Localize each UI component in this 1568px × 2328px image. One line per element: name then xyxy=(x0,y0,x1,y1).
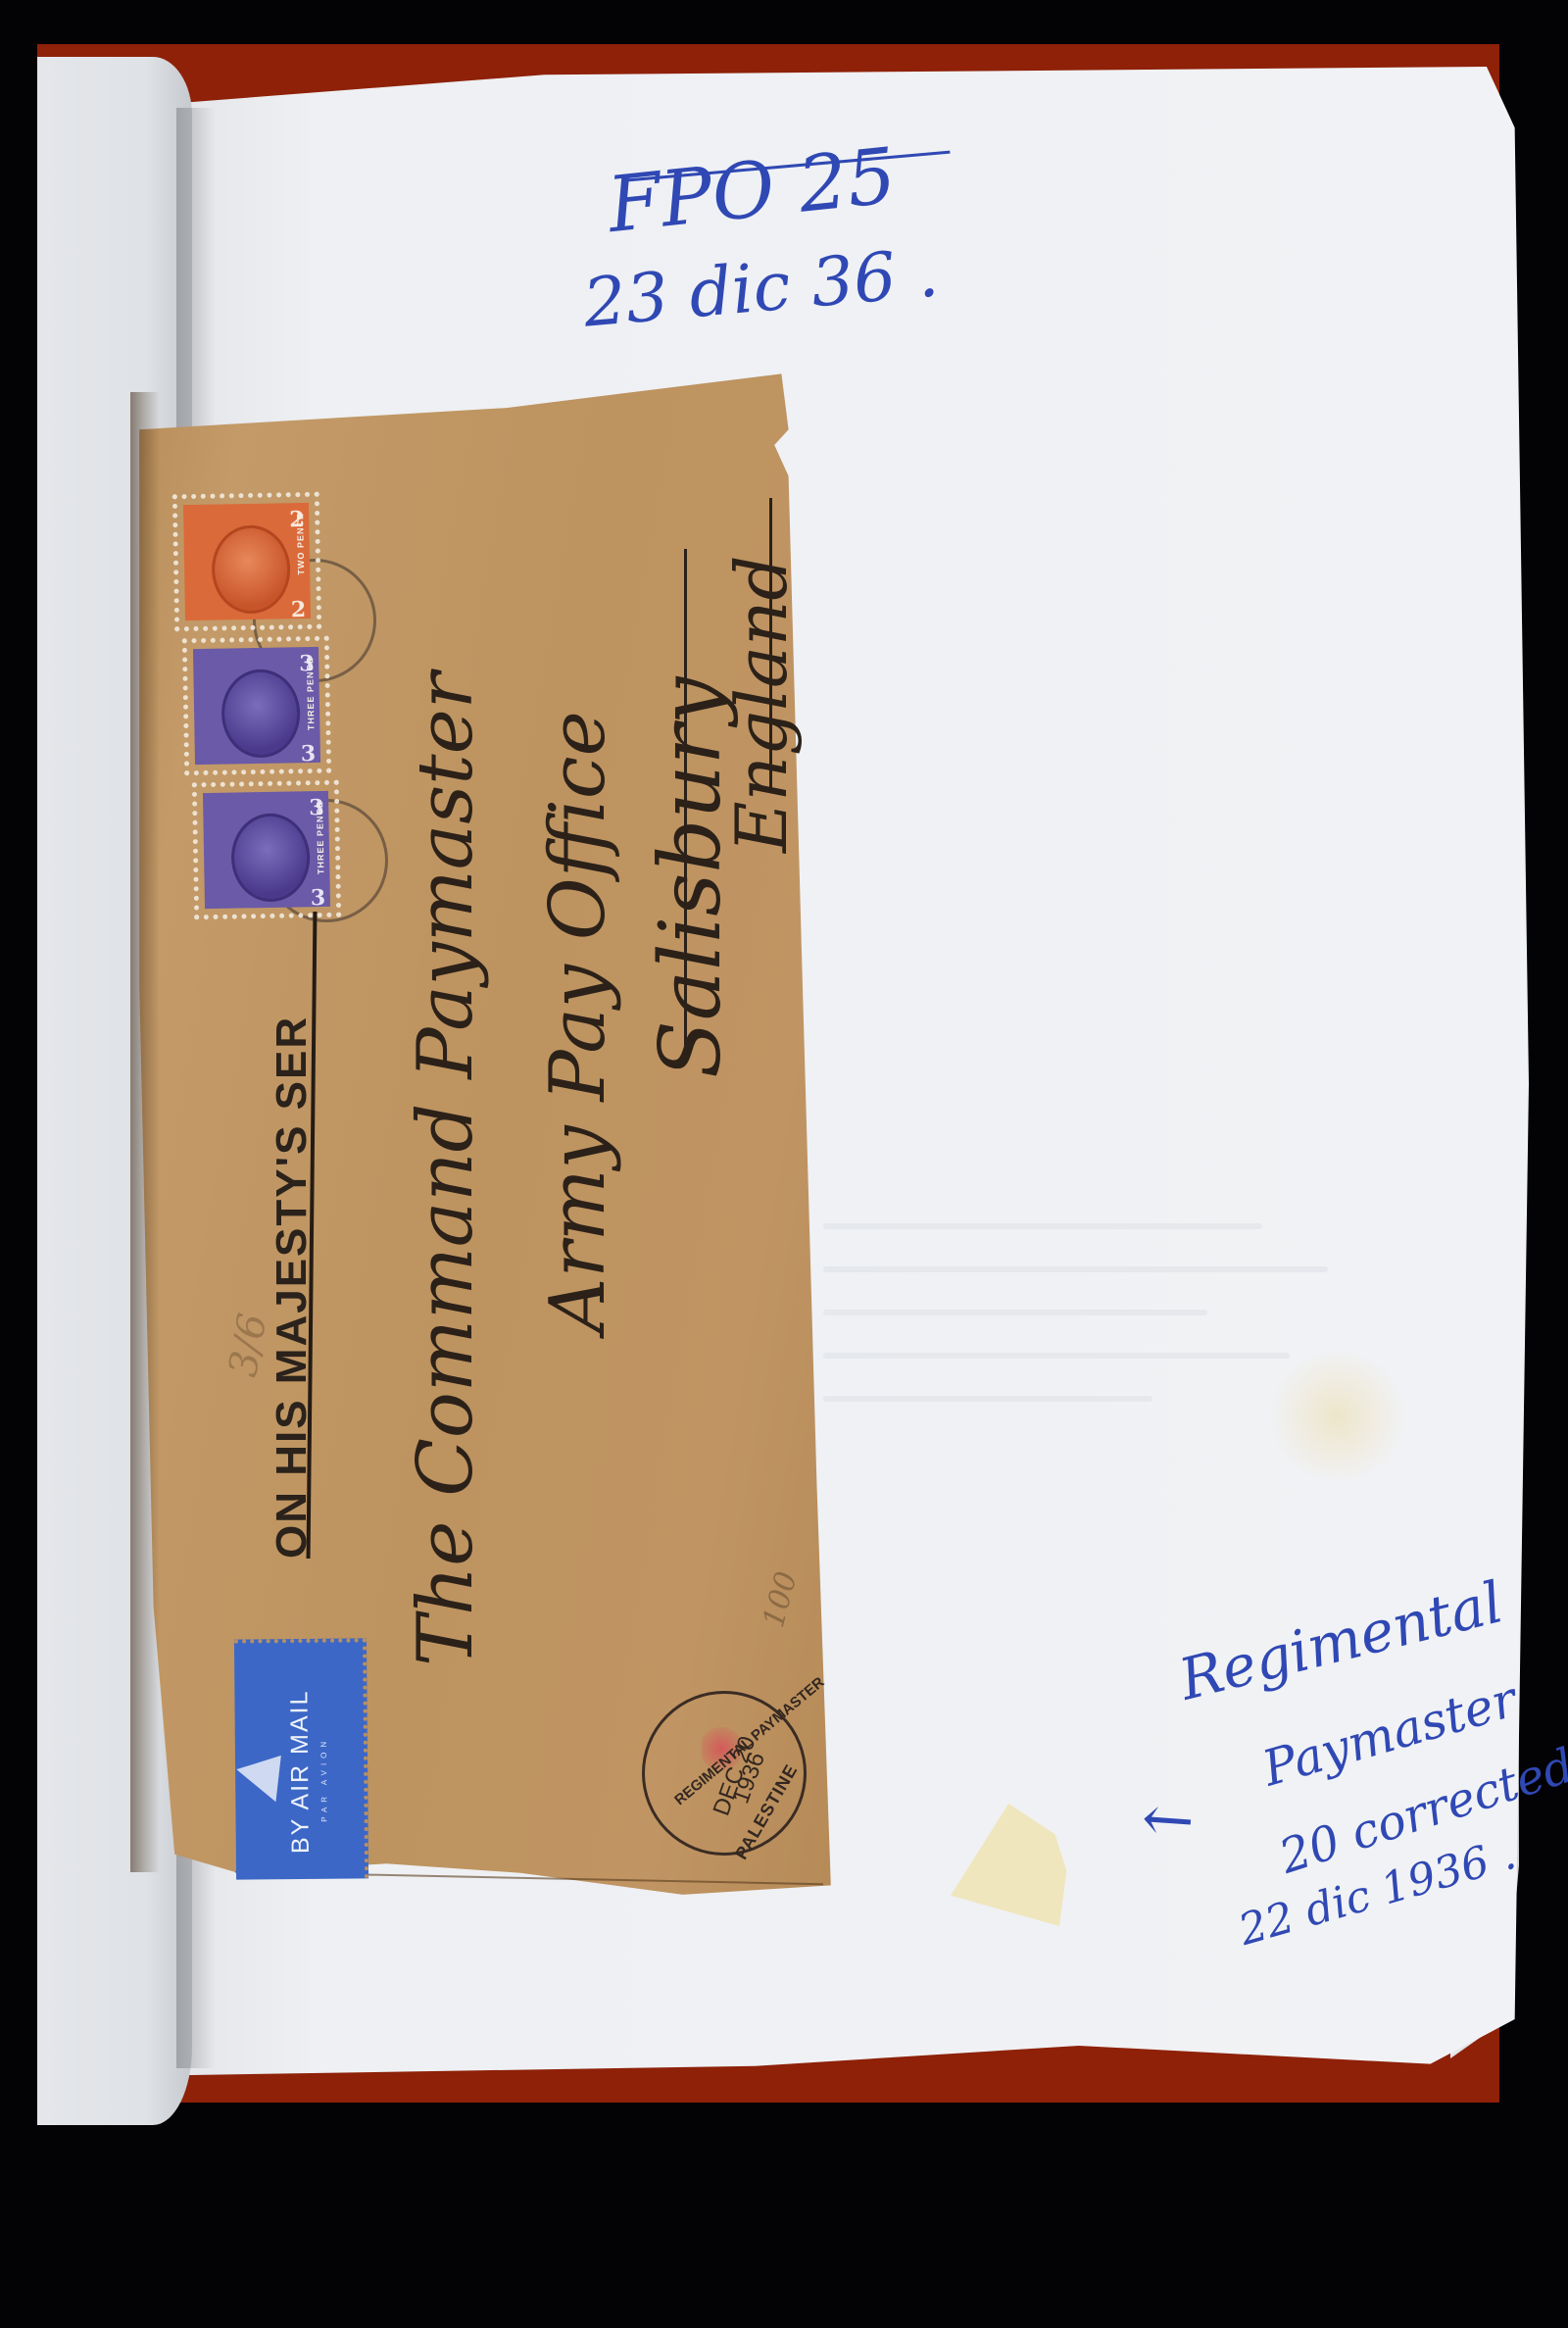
address-line-1: The Command Paymaster xyxy=(402,672,490,1666)
airmail-label: BY AIR MAIL PAR AVION xyxy=(234,1638,368,1879)
stamp-value: 2 xyxy=(291,597,307,622)
address-underline xyxy=(684,549,687,1059)
stamp-value: 3 xyxy=(301,741,317,767)
stamp-label: TWO PENCE xyxy=(295,513,306,575)
address-line-4: England xyxy=(720,556,803,853)
stamp-value: 3 xyxy=(311,885,326,911)
king-portrait-icon xyxy=(211,524,291,614)
airmail-sub-text: PAR AVION xyxy=(319,1737,329,1822)
envelope-edge-shadow xyxy=(130,392,160,1872)
address-line-2: Army Pay Office xyxy=(534,711,622,1333)
stamp-three-pence: 3 3 THREE PENCE xyxy=(182,636,331,776)
stamp-three-pence: 3 3 THREE PENCE xyxy=(192,780,341,920)
arrow-left-icon: ← xyxy=(1139,1782,1197,1858)
address-underline xyxy=(769,498,772,792)
postmark: REGIMENTAL PAYMASTER DEC 20 1936 PALESTI… xyxy=(642,1691,807,1856)
stamp-two-pence: 2 2 TWO PENCE xyxy=(172,492,321,632)
king-portrait-icon xyxy=(230,813,311,902)
stamp-label: THREE PENCE xyxy=(315,801,325,874)
stamp-label: THREE PENCE xyxy=(305,657,316,730)
king-portrait-icon xyxy=(220,669,301,758)
faint-show-through-text xyxy=(823,1186,1372,1461)
